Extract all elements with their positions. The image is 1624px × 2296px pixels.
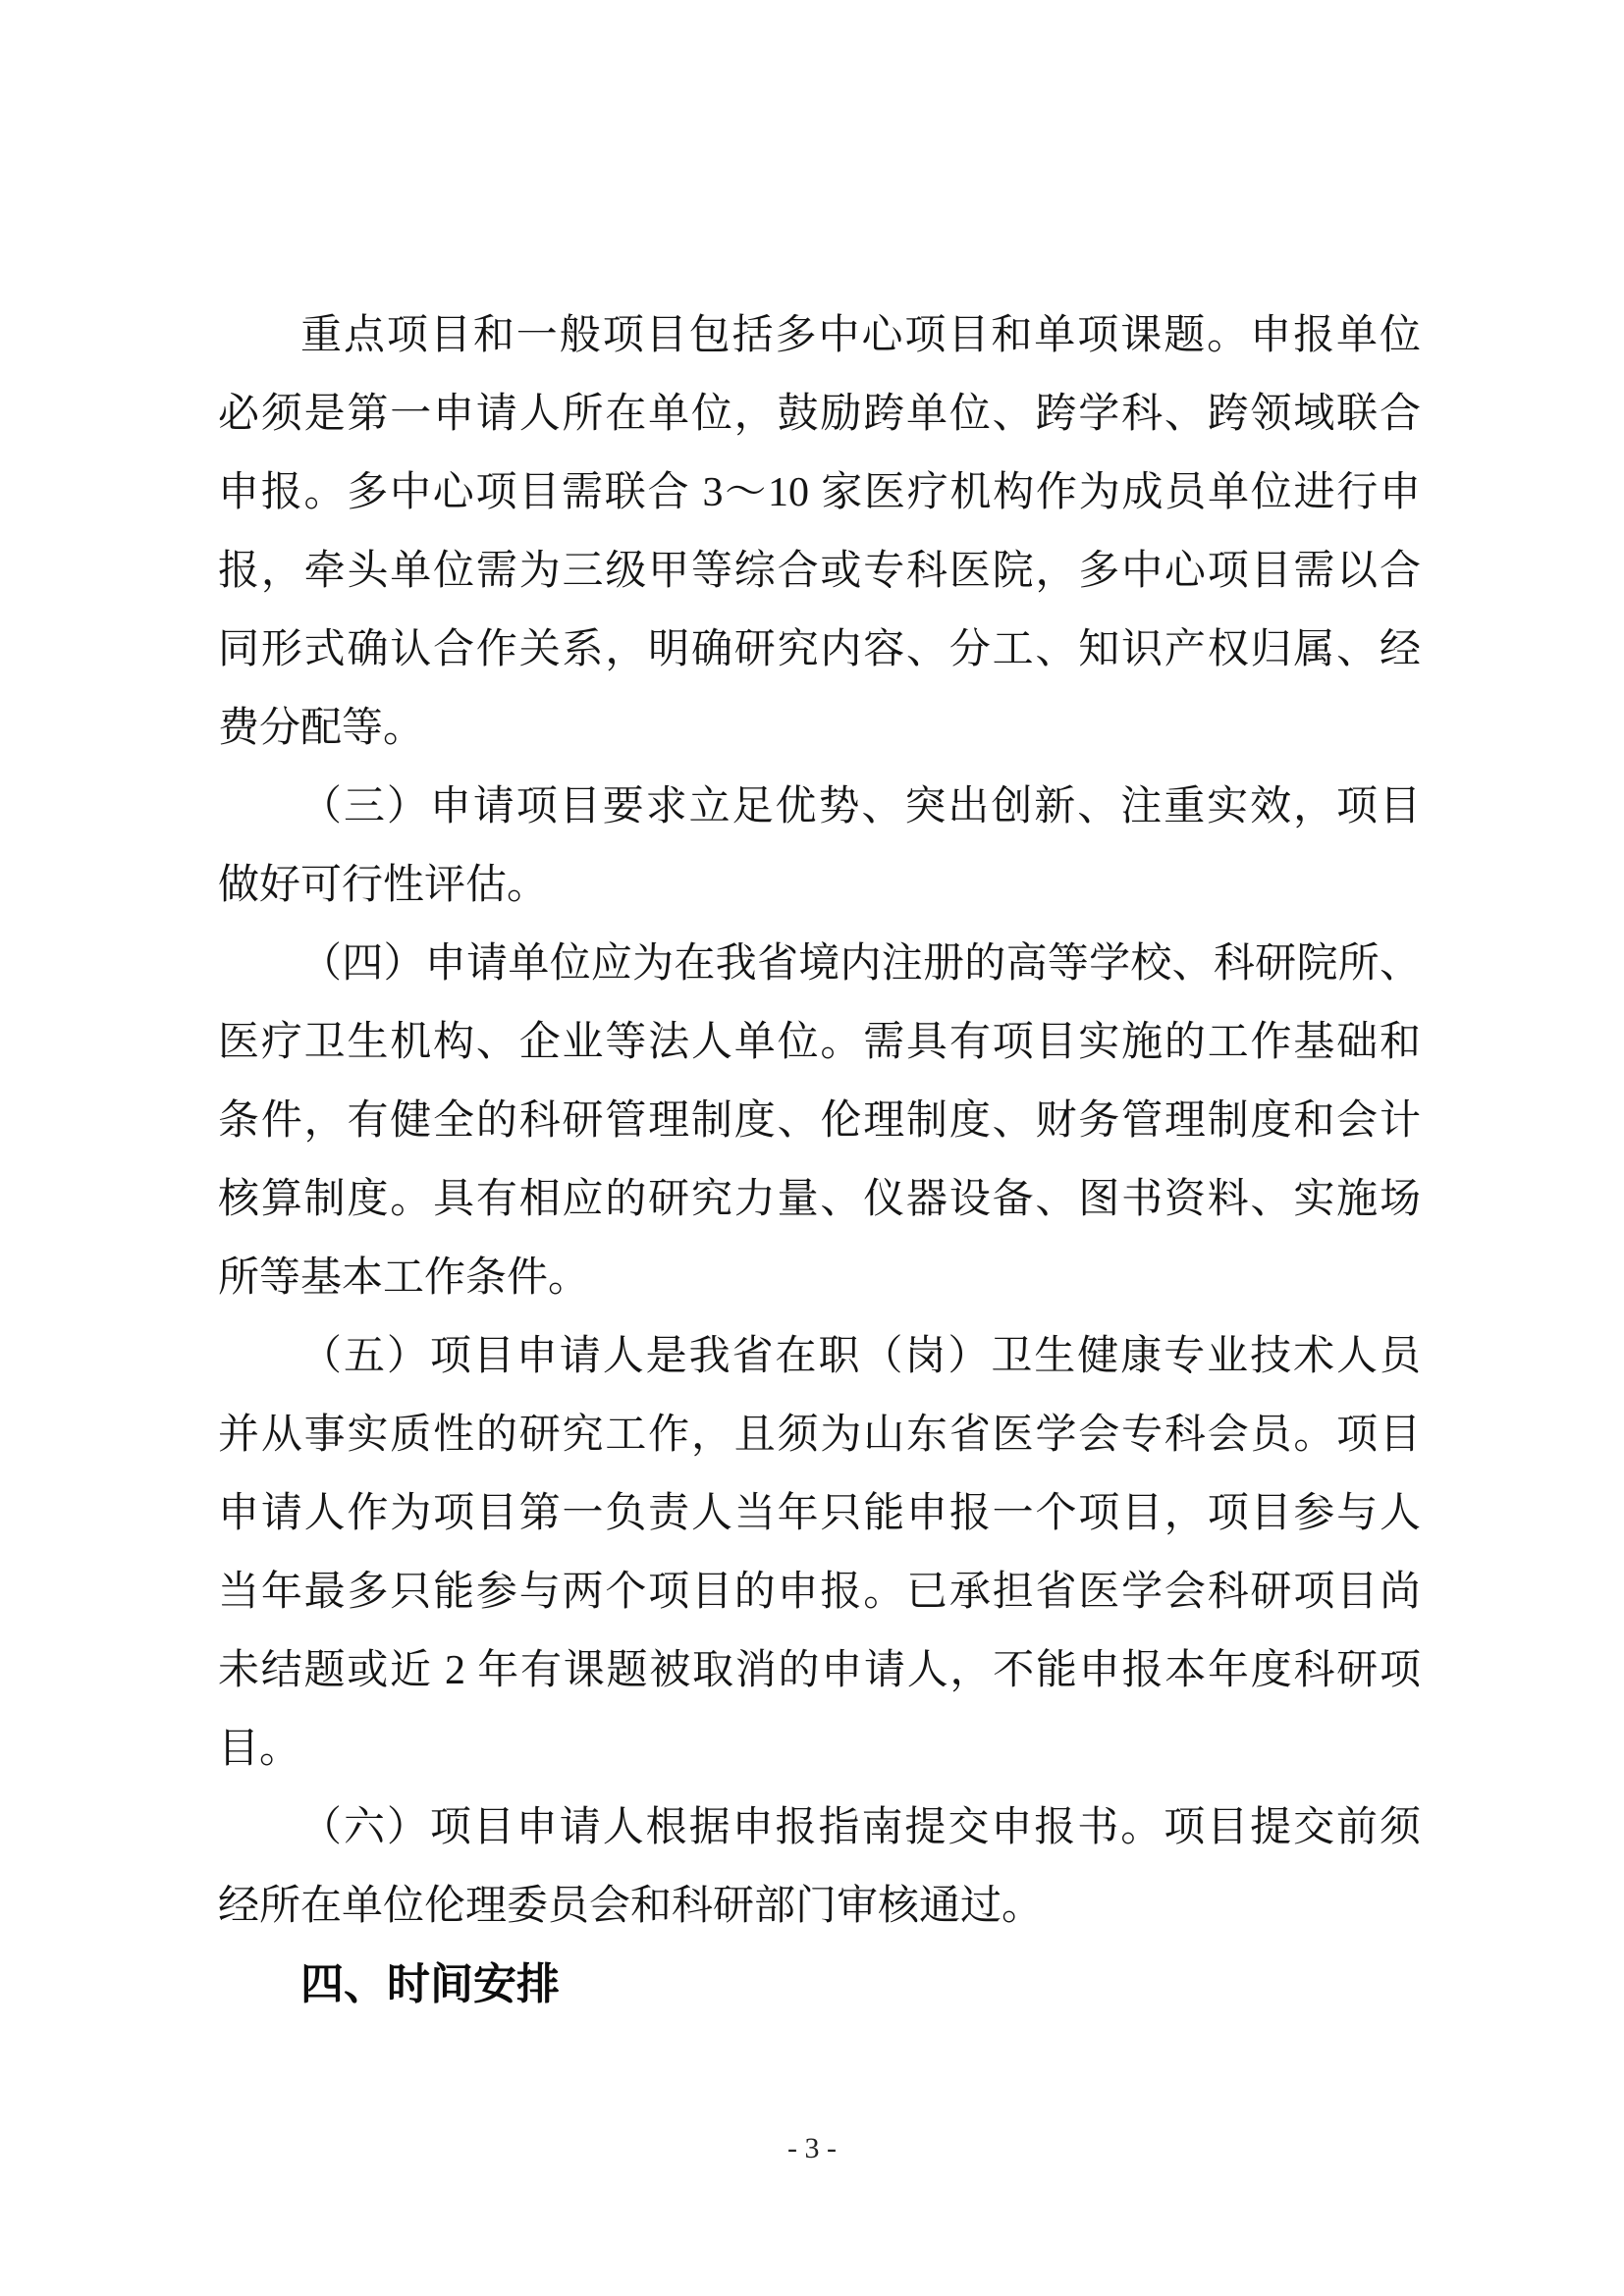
page-number-footer: - 3 - [0,2132,1624,2165]
section-heading-time-arrangement: 四、时间安排 [218,1946,1421,2024]
body-line: （四）申请单位应为在我省境内注册的高等学校、科研院所、 [218,925,1421,1003]
paragraph-item-six: （六）项目申请人根据申报指南提交申报书。项目提交前须 经所在单位伦理委员会和科研… [218,1789,1421,1946]
paragraph-item-five: （五）项目申请人是我省在职（岗）卫生健康专业技术人员 并从事实质性的研究工作，且… [218,1317,1421,1789]
body-line: （三）申请项目要求立足优势、突出创新、注重实效，项目 [218,768,1421,846]
body-line: 必须是第一申请人所在单位，鼓励跨单位、跨学科、跨领域联合 [218,375,1421,454]
body-line: 费分配等。 [218,689,1421,768]
document-body: 重点项目和一般项目包括多中心项目和单项课题。申报单位 必须是第一申请人所在单位，… [218,296,1421,2024]
body-line: 当年最多只能参与两个项目的申报。已承担省医学会科研项目尚 [218,1553,1421,1631]
body-line: 核算制度。具有相应的研究力量、仪器设备、图书资料、实施场 [218,1160,1421,1239]
paragraph-item-three: （三）申请项目要求立足优势、突出创新、注重实效，项目 做好可行性评估。 [218,768,1421,925]
body-line: 医疗卫生机构、企业等法人单位。需具有项目实施的工作基础和 [218,1003,1421,1082]
body-line: （六）项目申请人根据申报指南提交申报书。项目提交前须 [218,1789,1421,1867]
body-line: 并从事实质性的研究工作，且须为山东省医学会专科会员。项目 [218,1396,1421,1474]
body-line: 条件，有健全的科研管理制度、伦理制度、财务管理制度和会计 [218,1082,1421,1160]
body-line: 申报。多中心项目需联合 3～10 家医疗机构作为成员单位进行申 [218,454,1421,532]
body-line: 申请人作为项目第一负责人当年只能申报一个项目，项目参与人 [218,1474,1421,1553]
body-line: 所等基本工作条件。 [218,1239,1421,1317]
paragraph-item-four: （四）申请单位应为在我省境内注册的高等学校、科研院所、 医疗卫生机构、企业等法人… [218,925,1421,1317]
body-line: 目。 [218,1710,1421,1789]
body-line: 经所在单位伦理委员会和科研部门审核通过。 [218,1867,1421,1946]
body-line: 报，牵头单位需为三级甲等综合或专科医院，多中心项目需以合 [218,532,1421,611]
body-line: 未结题或近 2 年有课题被取消的申请人，不能申报本年度科研项 [218,1631,1421,1710]
body-line: （五）项目申请人是我省在职（岗）卫生健康专业技术人员 [218,1317,1421,1396]
document-page: 重点项目和一般项目包括多中心项目和单项课题。申报单位 必须是第一申请人所在单位，… [0,0,1624,2296]
page-number: - 3 - [787,2132,837,2164]
body-line: 重点项目和一般项目包括多中心项目和单项课题。申报单位 [218,296,1421,375]
body-line: 做好可行性评估。 [218,846,1421,925]
body-line: 同形式确认合作关系，明确研究内容、分工、知识产权归属、经 [218,611,1421,689]
paragraph-application-units: 重点项目和一般项目包括多中心项目和单项课题。申报单位 必须是第一申请人所在单位，… [218,296,1421,768]
